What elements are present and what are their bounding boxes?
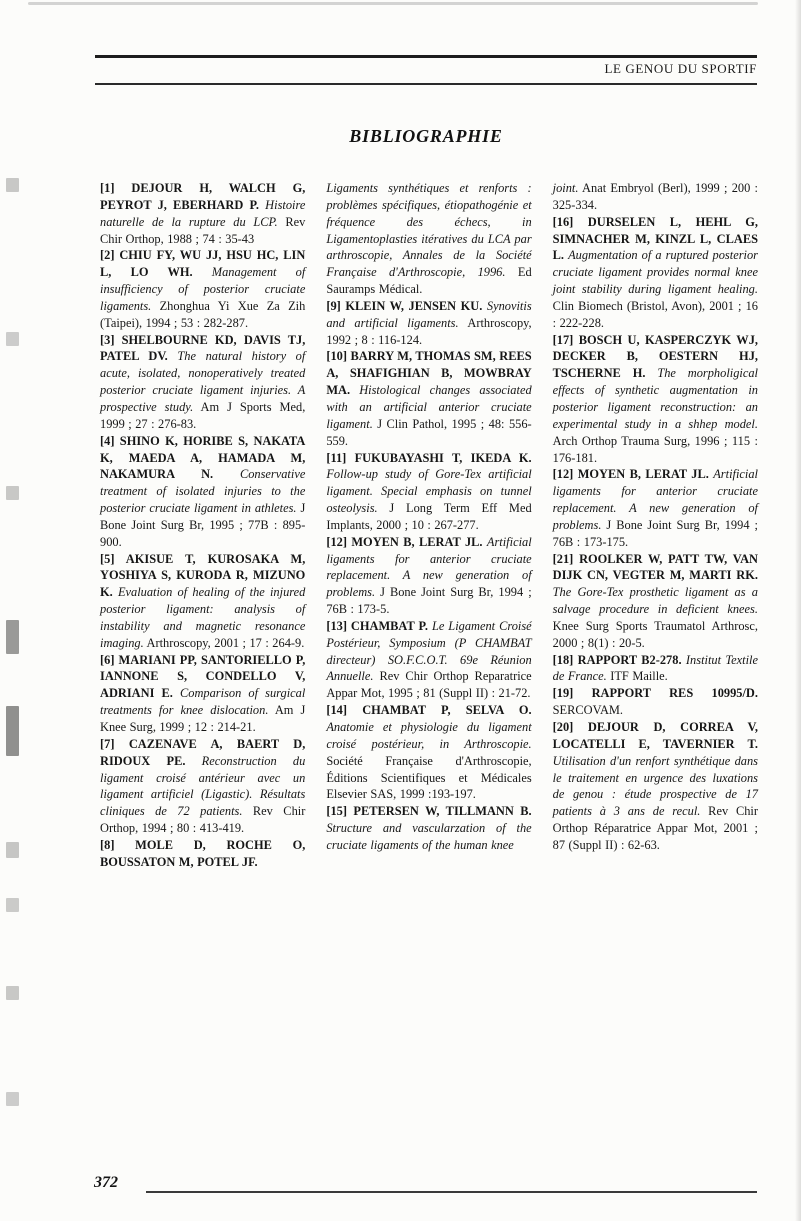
reference-segment-bold: [12] MOYEN B, LERAT JL.	[326, 535, 487, 549]
reference-entry: [14] CHAMBAT P, SELVA O. Anatomie et phy…	[326, 702, 531, 803]
reference-segment-bold: [15] PETERSEN W, TILLMANN B.	[326, 804, 531, 818]
reference-segment-bold: [19] RAPPORT RES 10995/D.	[553, 686, 758, 700]
reference-segment-plain: Arch Orthop Trauma Surg, 1996 ; 115 : 17…	[553, 434, 758, 465]
reference-segment-italic: Augmentation of a ruptured posterior cru…	[553, 248, 758, 296]
reference-segment-italic: Structure and vascularzation of the cruc…	[326, 821, 531, 852]
reference-entry: [1] DEJOUR H, WALCH G, PEYROT J, EBERHAR…	[100, 180, 305, 247]
reference-entry: [10] BARRY M, THOMAS SM, REES A, SHAFIGH…	[326, 348, 531, 449]
reference-entry: [18] RAPPORT B2-278. Institut Textile de…	[553, 652, 758, 686]
scan-mark-artifact	[6, 1092, 19, 1106]
reference-entry: [9] KLEIN W, JENSEN KU. Synovitis and ar…	[326, 298, 531, 349]
footer-rule	[146, 1191, 757, 1193]
page-number: 372	[94, 1174, 118, 1192]
reference-entry: [17] BOSCH U, KASPERCZYK WJ, DECKER B, O…	[553, 332, 758, 467]
scan-mark-artifact	[6, 706, 19, 756]
reference-segment-bold: [8] MOLE D, ROCHE O, BOUSSATON M, POTEL …	[100, 838, 305, 869]
reference-entry: [20] DEJOUR D, CORREA V, LOCATELLI E, TA…	[553, 719, 758, 854]
reference-segment-bold: [14] CHAMBAT P, SELVA O.	[326, 703, 531, 717]
reference-segment-bold: [12] MOYEN B, LERAT JL.	[553, 467, 714, 481]
reference-segment-plain: Anat Embryol (Berl), 1999 ; 200 : 325-33…	[553, 181, 758, 212]
reference-column-1: [1] DEJOUR H, WALCH G, PEYROT J, EBERHAR…	[100, 180, 305, 871]
reference-segment-bold: [21] ROOLKER W, PATT TW, VAN DIJK CN, VE…	[553, 552, 758, 583]
scan-mark-artifact	[6, 620, 19, 654]
reference-column-3: joint. Anat Embryol (Berl), 1999 ; 200 :…	[553, 180, 758, 871]
header-rule-bottom	[95, 83, 757, 85]
scan-shading-artifact	[795, 0, 801, 1221]
reference-segment-plain: Arthroscopy, 2001 ; 17 : 264-9.	[144, 636, 305, 650]
reference-entry: [5] AKISUE T, KUROSAKA M, YOSHIYA S, KUR…	[100, 551, 305, 652]
reference-segment-bold: [11] FUKUBAYASHI T, IKEDA K.	[326, 451, 531, 465]
reference-entry: [7] CAZENAVE A, BAERT D, RIDOUX PE. Reco…	[100, 736, 305, 837]
running-head: LE GENOU DU SPORTIF	[95, 61, 757, 77]
reference-entry: [6] MARIANI PP, SANTORIELLO P, IANNONE S…	[100, 652, 305, 736]
reference-entry: [4] SHINO K, HORIBE S, NAKATA K, MAEDA A…	[100, 433, 305, 551]
reference-segment-italic: Ligaments synthétiques et renforts : pro…	[326, 181, 531, 279]
reference-segment-plain: ITF Maille.	[607, 669, 668, 683]
reference-segment-italic: Anatomie et physiologie du ligament croi…	[326, 720, 531, 751]
reference-entry: [19] RAPPORT RES 10995/D. SERCOVAM.	[553, 685, 758, 719]
scan-mark-artifact	[6, 986, 19, 1000]
reference-segment-plain: Clin Biomech (Bristol, Avon), 2001 ; 16 …	[553, 299, 758, 330]
reference-segment-plain: Société Française d'Arthroscopie, Éditio…	[326, 754, 531, 802]
bibliography-page: LE GENOU DU SPORTIF BIBLIOGRAPHIE [1] DE…	[0, 0, 801, 1221]
reference-segment-plain: SERCOVAM.	[553, 703, 623, 717]
reference-entry: [13] CHAMBAT P. Le Ligament Croisé Posté…	[326, 618, 531, 702]
page-title: BIBLIOGRAPHIE	[95, 126, 757, 147]
reference-segment-bold: [13] CHAMBAT P.	[326, 619, 432, 633]
scan-edge-artifact	[28, 2, 758, 5]
scan-mark-artifact	[6, 898, 19, 912]
reference-entry: Ligaments synthétiques et renforts : pro…	[326, 180, 531, 298]
reference-segment-plain: Knee Surg Sports Traumatol Arthrosc, 200…	[553, 619, 758, 650]
reference-entry: [8] MOLE D, ROCHE O, BOUSSATON M, POTEL …	[100, 837, 305, 871]
reference-entry: [11] FUKUBAYASHI T, IKEDA K. Follow-up s…	[326, 450, 531, 534]
reference-segment-italic: The Gore-Tex prosthetic ligament as a sa…	[553, 585, 758, 616]
reference-segment-italic: joint.	[553, 181, 579, 195]
reference-entry: [12] MOYEN B, LERAT JL. Artificial ligam…	[326, 534, 531, 618]
reference-column-2: Ligaments synthétiques et renforts : pro…	[326, 180, 531, 871]
reference-entry: [15] PETERSEN W, TILLMANN B. Structure a…	[326, 803, 531, 854]
header-rule-top	[95, 55, 757, 58]
reference-columns: [1] DEJOUR H, WALCH G, PEYROT J, EBERHAR…	[100, 180, 758, 871]
scan-mark-artifact	[6, 332, 19, 346]
reference-segment-bold: [20] DEJOUR D, CORREA V, LOCATELLI E, TA…	[553, 720, 758, 751]
reference-segment-bold: [9] KLEIN W, JENSEN KU.	[326, 299, 487, 313]
reference-entry: [3] SHELBOURNE KD, DAVIS TJ, PATEL DV. T…	[100, 332, 305, 433]
reference-entry: [21] ROOLKER W, PATT TW, VAN DIJK CN, VE…	[553, 551, 758, 652]
reference-entry: [16] DURSELEN L, HEHL G, SIMNACHER M, KI…	[553, 214, 758, 332]
reference-segment-bold: [18] RAPPORT B2-278.	[553, 653, 686, 667]
scan-mark-artifact	[6, 178, 19, 192]
reference-entry: [12] MOYEN B, LERAT JL. Artificial ligam…	[553, 466, 758, 550]
reference-entry: joint. Anat Embryol (Berl), 1999 ; 200 :…	[553, 180, 758, 214]
reference-entry: [2] CHIU FY, WU JJ, HSU HC, LIN L, LO WH…	[100, 247, 305, 331]
scan-mark-artifact	[6, 486, 19, 500]
scan-mark-artifact	[6, 842, 19, 858]
